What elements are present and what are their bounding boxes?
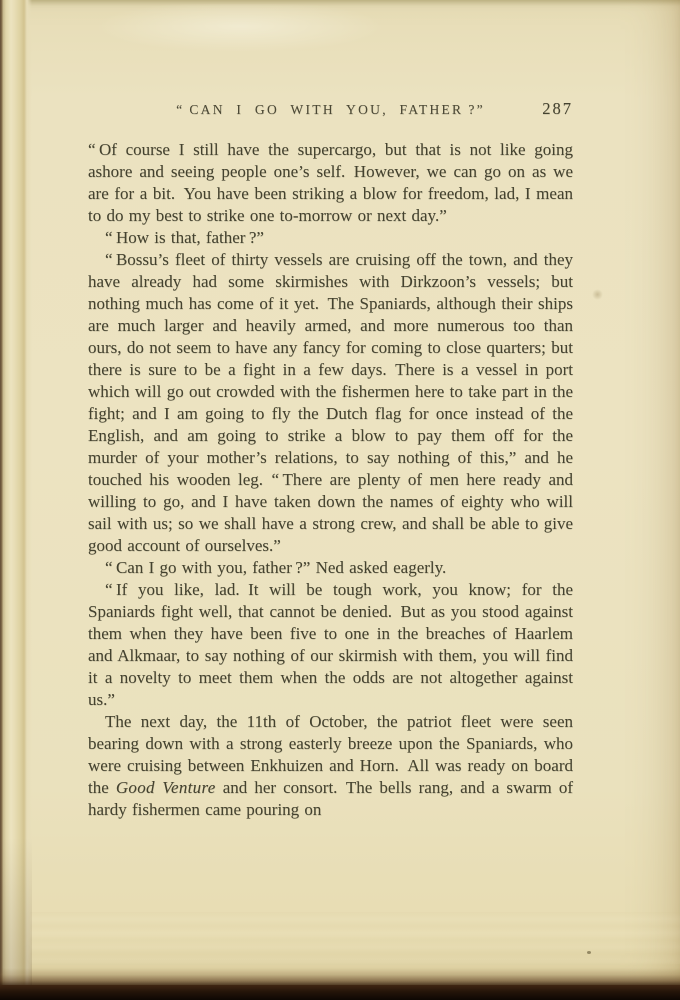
book-bottom-edge	[0, 985, 680, 1000]
paragraph: “ If you like, lad. It will be tough wor…	[88, 579, 573, 711]
paragraph: The next day, the 11th of October, the p…	[88, 711, 573, 821]
running-title: “ CAN I GO WITH YOU, FATHER ?”	[176, 102, 485, 117]
book-page: “ CAN I GO WITH YOU, FATHER ?” 287 “ Of …	[0, 0, 680, 985]
page-glare	[60, 4, 460, 60]
body-text: “ Of course I still have the supercargo,…	[88, 139, 573, 821]
ship-name-italic: Good Venture	[116, 778, 216, 797]
running-head: “ CAN I GO WITH YOU, FATHER ?” 287	[88, 101, 573, 121]
book-page-photo: “ CAN I GO WITH YOU, FATHER ?” 287 “ Of …	[0, 0, 680, 1000]
page-speck	[587, 951, 591, 954]
paragraph: “ Bossu’s fleet of thirty vessels are cr…	[88, 249, 573, 557]
page-bottom-shadow	[0, 968, 680, 985]
paragraph: “ Can I go with you, father ?” Ned asked…	[88, 557, 573, 579]
paragraph: “ How is that, father ?”	[88, 227, 573, 249]
page-spine-edge	[0, 0, 32, 985]
scan-streaks	[30, 912, 680, 964]
page-text-block: “ CAN I GO WITH YOU, FATHER ?” 287 “ Of …	[88, 101, 573, 821]
page-smudge	[592, 289, 603, 300]
paragraph: “ Of course I still have the supercargo,…	[88, 139, 573, 227]
page-number: 287	[542, 99, 573, 119]
